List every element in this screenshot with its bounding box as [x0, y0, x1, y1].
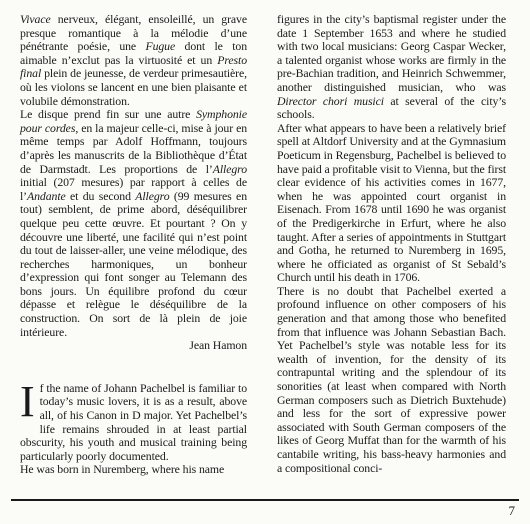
- paragraph-english-1: figures in the city’s baptismal register…: [277, 13, 506, 122]
- page-number: 7: [509, 503, 516, 518]
- left-column: Vivace nerveux, élégant, ensoleillé, un …: [20, 13, 247, 477]
- booklet-page: Vivace nerveux, élégant, ensoleillé, un …: [0, 0, 530, 524]
- footer-rule: [11, 499, 519, 501]
- paragraph-dropcap: If the name of Johann Pachelbel is famil…: [20, 382, 247, 464]
- paragraph-continuation: He was born in Nuremberg, where his name: [20, 463, 247, 477]
- right-column: figures in the city’s baptismal register…: [277, 13, 506, 475]
- paragraph-french-2: Le disque prend fin sur une autre Sympho…: [20, 108, 247, 339]
- paragraph-english-3: There is no doubt that Pachelbel exerted…: [277, 285, 506, 475]
- paragraph-text: f the name of Johann Pachelbel is famili…: [20, 381, 247, 463]
- paragraph-french-1: Vivace nerveux, élégant, ensoleillé, un …: [20, 13, 247, 108]
- paragraph-english-2: After what appears to have been a relati…: [277, 122, 506, 285]
- author-byline: Jean Hamon: [20, 339, 247, 353]
- drop-cap: I: [20, 383, 35, 423]
